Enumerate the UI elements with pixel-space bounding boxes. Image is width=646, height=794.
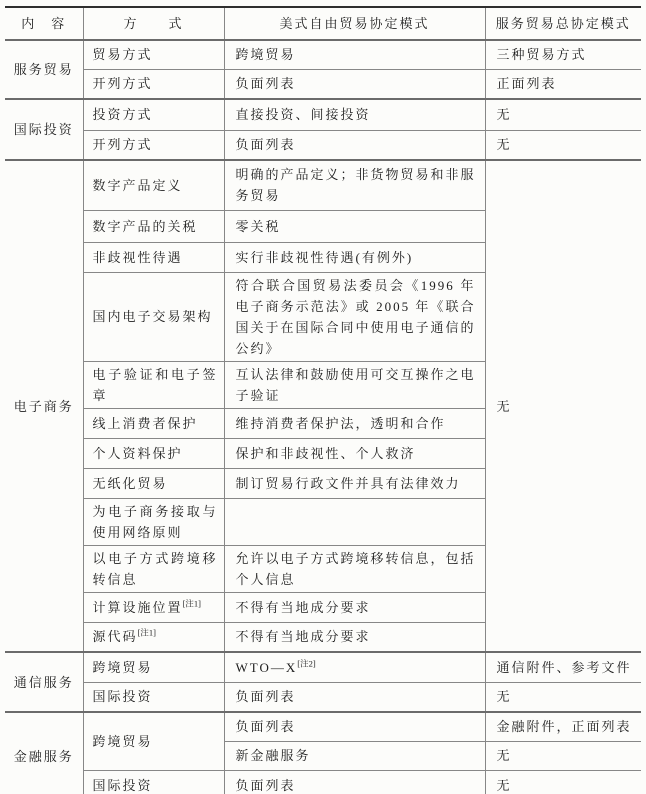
us-fta-cell: 制订贸易行政文件并具有法律效力 [224,468,485,498]
method-cell: 国际投资 [83,770,224,794]
method-cell: 计算设施位置[注1] [83,592,224,622]
method-cell: 跨境贸易 [83,652,224,682]
method-cell: 开列方式 [83,130,224,160]
us-fta-cell: 保护和非歧视性、个人救济 [224,438,485,468]
us-fta-cell: WTO—X[注2] [224,652,485,682]
us-fta-cell: 符合联合国贸易法委员会《1996 年电子商务示范法》或 2005 年《联合国关于… [224,272,485,361]
us-fta-cell: 负面列表 [224,770,485,794]
section-international-investment: 国际投资 [5,99,83,160]
footnote-ref-2: [注2] [297,658,315,668]
method-cell: 国际投资 [83,682,224,712]
us-fta-cell: 负面列表 [224,69,485,99]
footnote-ref-1: [注1] [183,598,201,608]
method-cell: 数字产品定义 [83,160,224,210]
method-cell: 跨境贸易 [83,712,224,770]
us-fta-cell: 不得有当地成分要求 [224,592,485,622]
trade-models-table: 内 容 方 式 美式自由贸易协定模式 服务贸易总协定模式 服务贸易 贸易方式 跨… [5,6,641,794]
us-fta-cell: 维持消费者保护法，透明和合作 [224,408,485,438]
us-fta-cell: 直接投资、间接投资 [224,99,485,130]
gats-cell: 三种贸易方式 [485,40,641,69]
method-cell: 线上消费者保护 [83,408,224,438]
header-method: 方 式 [83,7,224,40]
us-fta-cell: 零关税 [224,210,485,242]
gats-cell: 通信附件、参考文件 [485,652,641,682]
footnote-ref-1: [注1] [138,628,156,638]
document-page: 内 容 方 式 美式自由贸易协定模式 服务贸易总协定模式 服务贸易 贸易方式 跨… [0,0,646,794]
section-e-commerce: 电子商务 [5,160,83,652]
method-label: 源代码 [93,629,138,644]
method-cell: 贸易方式 [83,40,224,69]
gats-cell: 无 [485,99,641,130]
us-fta-label: WTO—X [236,660,298,675]
us-fta-cell: 互认法律和鼓励使用可交互操作之电子验证 [224,361,485,408]
us-fta-cell [224,498,485,545]
us-fta-cell: 负面列表 [224,682,485,712]
method-cell: 无纸化贸易 [83,468,224,498]
us-fta-cell: 新金融服务 [224,741,485,770]
header-us-fta-model: 美式自由贸易协定模式 [224,7,485,40]
method-cell: 电子验证和电子签章 [83,361,224,408]
us-fta-cell: 负面列表 [224,712,485,741]
section-services-trade: 服务贸易 [5,40,83,99]
gats-cell: 正面列表 [485,69,641,99]
gats-cell: 无 [485,741,641,770]
gats-cell: 无 [485,682,641,712]
section-telecom-services: 通信服务 [5,652,83,712]
method-cell: 为电子商务接取与使用网络原则 [83,498,224,545]
header-content: 内 容 [5,7,83,40]
us-fta-cell: 跨境贸易 [224,40,485,69]
gats-cell: 无 [485,160,641,652]
header-gats-model: 服务贸易总协定模式 [485,7,641,40]
section-financial-services: 金融服务 [5,712,83,794]
us-fta-cell: 不得有当地成分要求 [224,622,485,652]
method-cell: 源代码[注1] [83,622,224,652]
method-cell: 以电子方式跨境移转信息 [83,545,224,592]
method-cell: 非歧视性待遇 [83,242,224,272]
gats-cell: 无 [485,770,641,794]
gats-cell: 无 [485,130,641,160]
gats-cell: 金融附件，正面列表 [485,712,641,741]
method-cell: 个人资料保护 [83,438,224,468]
us-fta-cell: 明确的产品定义；非货物贸易和非服务贸易 [224,160,485,210]
method-label: 计算设施位置 [93,600,183,615]
us-fta-cell: 负面列表 [224,130,485,160]
method-cell: 开列方式 [83,69,224,99]
us-fta-cell: 允许以电子方式跨境移转信息，包括个人信息 [224,545,485,592]
method-cell: 数字产品的关税 [83,210,224,242]
method-cell: 国内电子交易架构 [83,272,224,361]
us-fta-cell: 实行非歧视性待遇(有例外) [224,242,485,272]
method-cell: 投资方式 [83,99,224,130]
